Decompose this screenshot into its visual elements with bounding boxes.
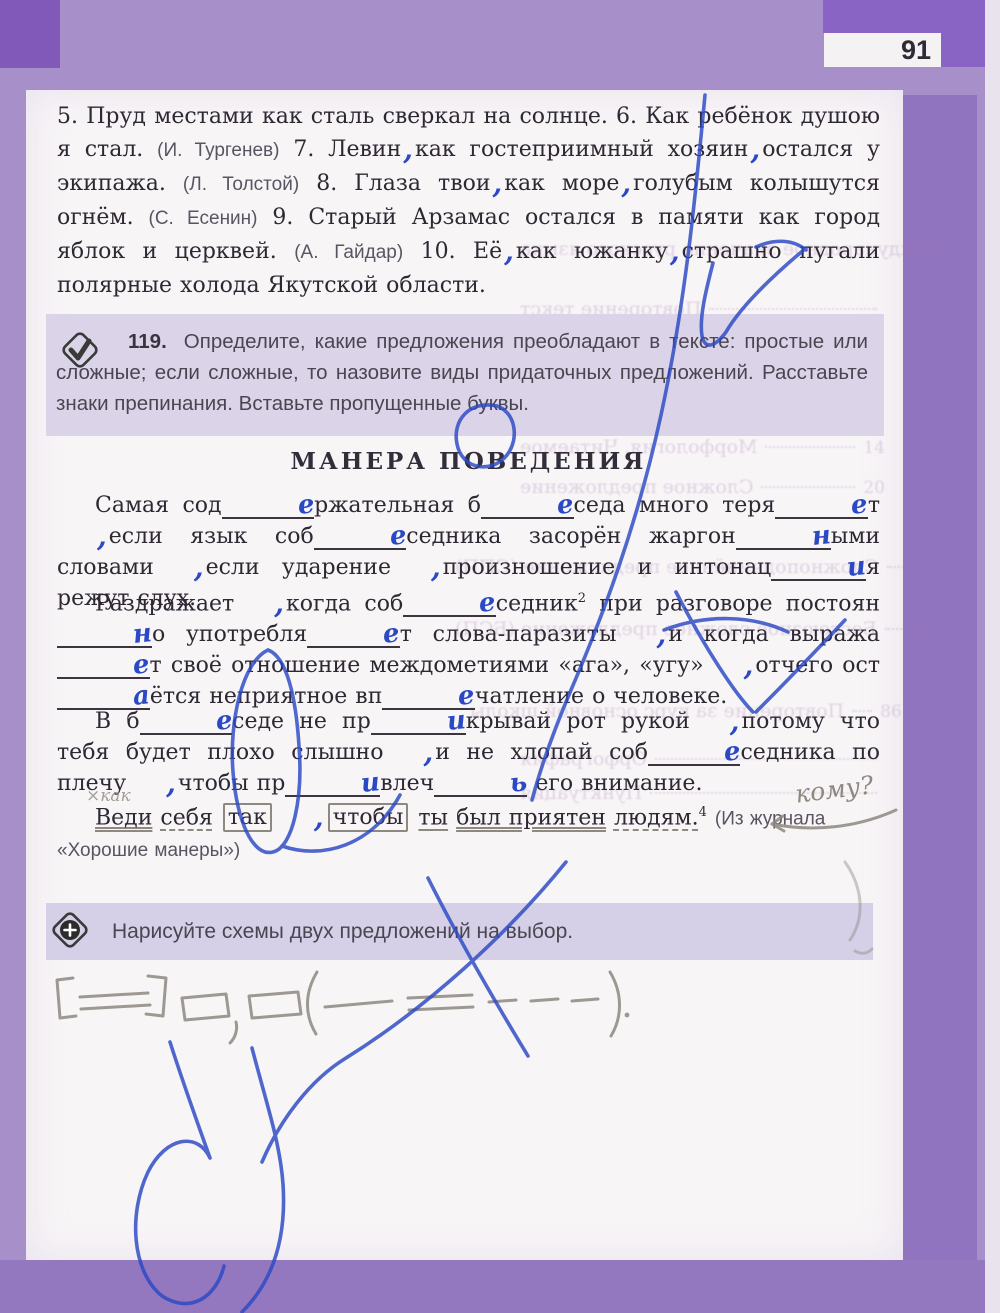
top-decoration-square [941, 33, 986, 67]
top-decoration-band [823, 0, 986, 33]
exercise-119-instruction: 119. Определите, какие предложения преоб… [56, 326, 868, 419]
reading-title: МАНЕРА ПОВЕДЕНИЯ [57, 448, 880, 475]
page-number: 91 [901, 35, 931, 66]
right-decoration-band [903, 95, 977, 1313]
exercise-instruction-text: Определите, какие предложения преобладаю… [56, 330, 868, 415]
reading-paragraph-4: Веди себя так,чтобы ты был приятен людям… [57, 797, 880, 866]
diamond-plus-icon [48, 908, 92, 952]
corner-decoration-block [0, 0, 60, 68]
reading-paragraph-2: Раздражает,когда собеседник2 при разгово… [57, 583, 880, 712]
reading-paragraph-3: В беседе не прикрывай рот рукой,потому ч… [57, 706, 880, 799]
page-number-box: 91 [824, 33, 941, 67]
diamond-check-icon [58, 328, 102, 372]
scan-edge [985, 0, 1000, 1313]
exercise-top-paragraph: 5. Пруд местами как сталь сверкал на сол… [57, 100, 880, 302]
exercise-number: 119. [128, 330, 167, 353]
bottom-decoration-band [0, 1260, 1000, 1313]
task-banner-label: Нарисуйте схемы двух предложений на выбо… [112, 903, 573, 960]
pencil-cross-note: ×как [86, 786, 131, 806]
